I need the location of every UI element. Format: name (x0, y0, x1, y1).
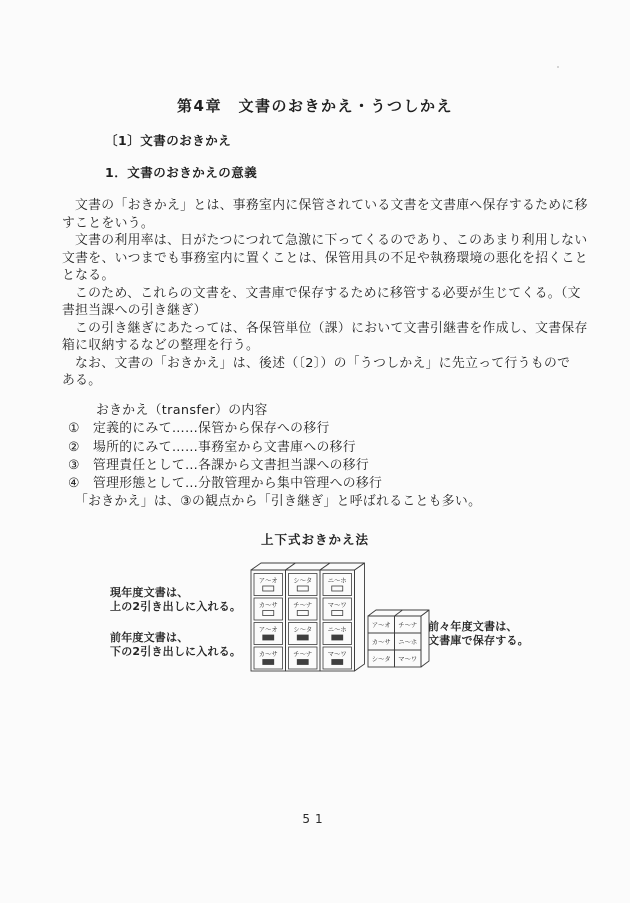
drawer-handle-icon[interactable] (263, 635, 274, 640)
list-heading: おきかえ（transfer）の内容 (62, 402, 572, 420)
drawer-label: シ～タ (293, 625, 312, 634)
box-label: ア～オ (372, 621, 391, 629)
drawer-label: マ～ワ (328, 601, 347, 609)
subsection-heading: 1．文書のおきかえの意義 (105, 163, 257, 181)
drawer-label: ア～オ (259, 626, 278, 634)
drawer-label: カ～サ (259, 650, 278, 658)
note-line: 下の2引き出しに入れる。 (110, 645, 241, 659)
drawer-label: チ～ナ (293, 601, 312, 609)
drawer-label: ニ～ホ (328, 626, 347, 634)
body-line: 文書の「おきかえ」とは、事務室内に保管されている文書を文書庫へ保存するために移 (62, 197, 572, 215)
drawer-label: マ～ワ (328, 650, 347, 658)
body-line: 文書の利用率は、日がたつにつれて急激に下ってくるのであり、このあまり利用しない (62, 232, 572, 250)
drawer-handle-icon[interactable] (332, 586, 343, 591)
note-line: 前年度文書は、 (110, 631, 241, 645)
box-label: ニ～ホ (398, 638, 417, 646)
drawer-handle-icon[interactable] (263, 660, 274, 665)
list-item: ① 定義的にみて……保管から保存への移行 (62, 420, 572, 438)
boxes-side-face (421, 610, 429, 667)
box-label: シ～タ (372, 654, 391, 663)
body-line: この引き継ぎにあたっては、各保管単位（課）において文書引継書を作成し、文書保存 (62, 320, 572, 338)
note-line: 現年度文書は、 (110, 586, 241, 600)
page-number: 51 (0, 812, 630, 826)
drawer-label: チ～ナ (293, 650, 312, 658)
box-label: マ～ワ (398, 655, 417, 663)
note-line: 前々年度文書は、 (428, 620, 529, 634)
body-line: 書担当課への引き継ぎ） (62, 302, 572, 320)
body-line: 箱に収納するなどの整理を行う。 (62, 337, 572, 355)
box-label: カ～サ (372, 638, 391, 646)
cabinet-and-boxes-drawing: ア～オ シ～タ ニ～ホ カ～サ チ～ナ マ～ワ (240, 554, 440, 704)
document-page: 第4章 文書のおきかえ・うつしかえ 〔1〕文書のおきかえ 1．文書のおきかえの意… (0, 0, 630, 903)
body-line: 文書を、いつまでも事務室内に置くことは、保管用具の不足や執務環境の悪化を招くこと (62, 250, 572, 268)
body-line: すことをいう。 (62, 215, 572, 233)
note-previous-year: 前年度文書は、 下の2引き出しに入れる。 (110, 631, 241, 658)
drawer-label: カ～サ (259, 601, 278, 609)
chapter-title: 第4章 文書のおきかえ・うつしかえ (0, 95, 630, 116)
note-two-years-ago: 前々年度文書は、 文書庫で保存する。 (428, 620, 529, 647)
drawer-handle-icon[interactable] (297, 635, 308, 640)
drawer-handle-icon[interactable] (297, 611, 308, 616)
drawer-handle-icon[interactable] (297, 586, 308, 591)
drawer-handle-icon[interactable] (263, 586, 274, 591)
list-item: ③ 管理責任として…各課から文書担当課への移行 (62, 457, 572, 475)
body-line: このため、これらの文書を、文書庫で保存するために移管する必要が生じてくる。（文 (62, 285, 572, 303)
drawer-handle-icon[interactable] (332, 611, 343, 616)
body-line: となる。 (62, 267, 572, 285)
filing-cabinet-drawing: ア～オ シ～タ ニ～ホ カ～サ チ～ナ マ～ワ (251, 563, 365, 671)
drawer-handle-icon[interactable] (332, 660, 343, 665)
storage-boxes-drawing: ア～オ チ～ナ カ～サ ニ～ホ シ～タ マ～ワ (368, 610, 429, 667)
drawer-handle-icon[interactable] (297, 660, 308, 665)
cabinet-side-face (355, 563, 365, 671)
body-line: ある。 (62, 372, 572, 390)
transfer-method-diagram: 現年度文書は、 上の2引き出しに入れる。 前年度文書は、 下の2引き出しに入れる… (0, 552, 630, 722)
drawer-handle-icon[interactable] (263, 611, 274, 616)
diagram-title: 上下式おきかえ法 (0, 530, 630, 548)
drawer-label: ア～オ (259, 577, 278, 585)
list-item: ② 場所的にみて……事務室から文書庫への移行 (62, 439, 572, 457)
drawer-handle-icon[interactable] (332, 635, 343, 640)
body-text: 文書の「おきかえ」とは、事務室内に保管されている文書を文書庫へ保存するために移 … (62, 197, 572, 390)
body-line: なお、文書の「おきかえ」は、後述（〔2〕）の「うつしかえ」に先立って行うもので (62, 355, 572, 373)
note-current-year: 現年度文書は、 上の2引き出しに入れる。 (110, 586, 241, 613)
scan-artifact-dot (557, 66, 559, 68)
drawer-label: ニ～ホ (328, 577, 347, 585)
transfer-content-list: おきかえ（transfer）の内容 ① 定義的にみて……保管から保存への移行 ②… (62, 402, 572, 512)
note-line: 文書庫で保存する。 (428, 634, 529, 648)
list-note: 「おきかえ」は、③の観点から「引き継ぎ」と呼ばれることも多い。 (62, 493, 572, 511)
box-label: チ～ナ (398, 621, 417, 629)
section-heading: 〔1〕文書のおきかえ (105, 131, 231, 149)
list-item: ④ 管理形態として…分散管理から集中管理への移行 (62, 475, 572, 493)
note-line: 上の2引き出しに入れる。 (110, 600, 241, 614)
drawer-label: シ～タ (293, 576, 312, 585)
